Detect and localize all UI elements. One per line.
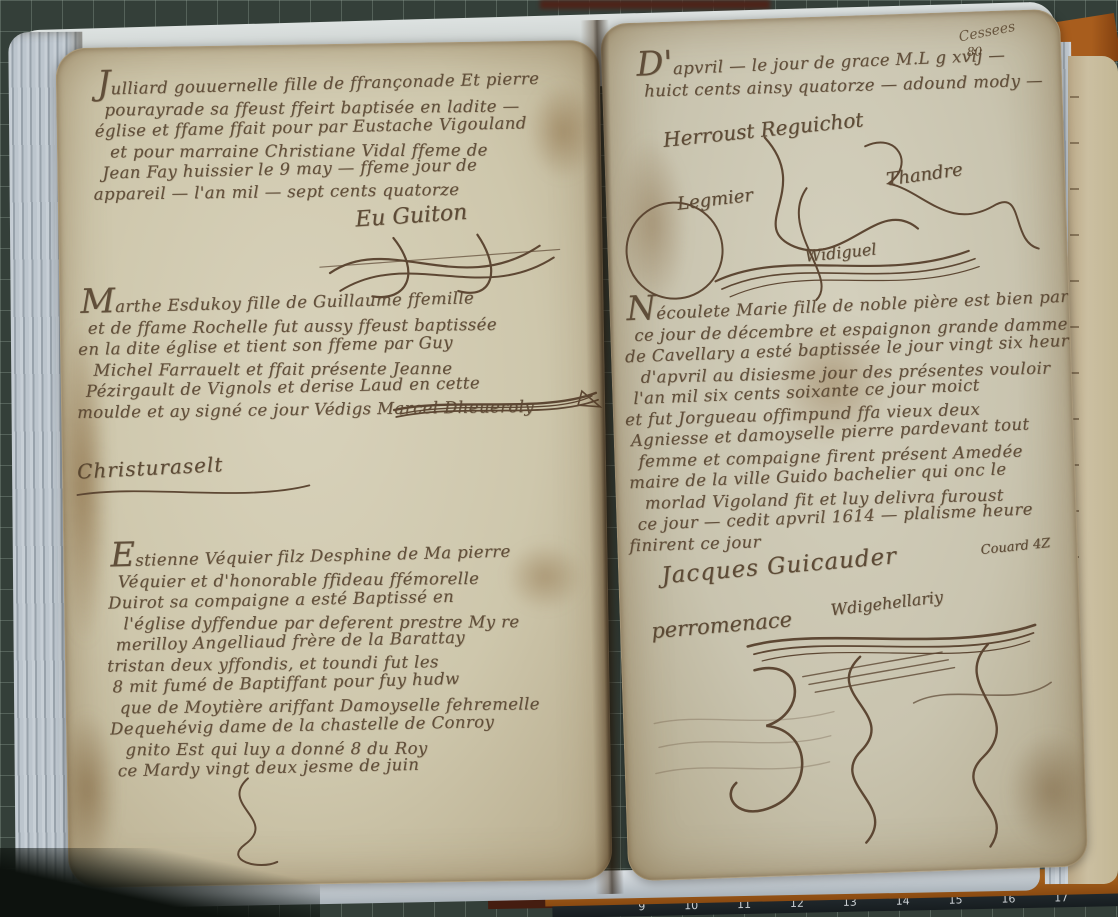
left-page-surface: Julliard gouuernelle fille de ffrançonad… <box>56 41 611 887</box>
folio-label: Cessees 80 <box>958 23 1016 60</box>
marginal-underline-flourish <box>73 477 313 511</box>
folio-scribble: Cessees <box>957 19 1016 46</box>
left-page: Julliard gouuernelle fille de ffrançonad… <box>55 40 612 888</box>
bottom-swirl-flourishes <box>682 637 1087 880</box>
right-page: Cessees 80 D'apvril — le jour de grace M… <box>600 9 1088 882</box>
signature-herroust-reguichot: Herroust Reguichot <box>662 107 865 152</box>
shadow-bottom-left <box>0 848 320 917</box>
signature-widiguel: Widiguel <box>804 240 877 266</box>
handwriting-line: Estienne Véquier filz Desphine de Ma pie… <box>110 532 538 571</box>
signature-guiton: Eu Guiton <box>354 200 468 233</box>
baptism-entry-2: Marthe Esdukoy fille de Guillaume ffemil… <box>80 282 534 423</box>
handwriting-line: Julliard gouuernelle fille de ffrançonad… <box>97 60 540 100</box>
photo-scene: 91011121314151617 Julliard gouuernelle f… <box>0 0 1118 917</box>
signature-perromenace: perromenace <box>650 607 793 643</box>
baptism-entry-right: Nécoulete Marie fille de noble pière est… <box>626 281 1087 556</box>
right-page-surface: Cessees 80 D'apvril — le jour de grace M… <box>601 10 1087 881</box>
ink-stain <box>1005 729 1087 852</box>
handwriting-line: Marthe Esdukoy fille de Guillaume ffemil… <box>80 278 533 318</box>
book-spine-top-edge <box>540 0 770 9</box>
marginal-word-christuraselt: Christuraselt <box>77 452 224 483</box>
bleed-through-marks <box>644 697 848 824</box>
signature-thandre: Thandre <box>885 159 964 190</box>
baptism-entry-3: Estienne Véquier filz Desphine de Ma pie… <box>110 536 541 782</box>
baptism-entry-1: Julliard gouuernelle fille de ffrançonad… <box>97 64 541 205</box>
signature-legmier: Legmier <box>676 185 754 215</box>
folio-number: 80 <box>967 44 983 58</box>
handwriting-line: appareil — l'an mil — sept cents quatorz… <box>94 178 542 205</box>
signature-wdigehellariy: Wdigehellariy <box>830 587 944 619</box>
